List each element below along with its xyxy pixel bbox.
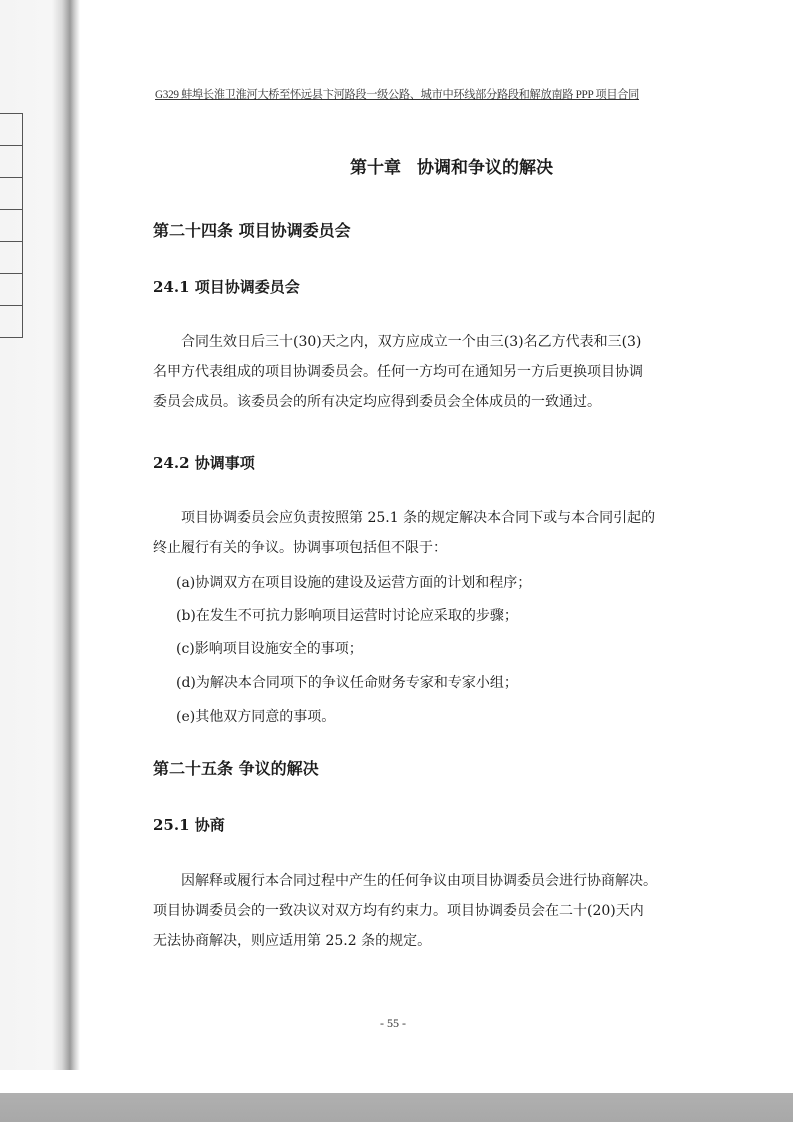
paragraph-line: 合同生效日后三十(30)天之内，双方应成立一个由三(3)名乙方代表和三(3) xyxy=(153,327,709,357)
margin-cell xyxy=(0,209,23,241)
list-item: (a)协调双方在项目设施的建设及运营方面的计划和程序； xyxy=(176,572,531,592)
paragraph-line: 无法协商解决，则应适用第 25.2 条的规定。 xyxy=(153,926,709,956)
section-25-1-heading: 25.1 协商 xyxy=(153,814,225,835)
margin-cell xyxy=(0,177,23,209)
margin-cell xyxy=(0,113,23,145)
section-25-1-paragraph: 因解释或履行本合同过程中产生的任何争议由项目协调委员会进行协商解决。 项目协调委… xyxy=(153,866,709,956)
article-25-heading: 第二十五条 争议的解决 xyxy=(153,756,319,779)
section-24-1-heading: 24.1 项目协调委员会 xyxy=(153,276,300,297)
paragraph-line: 项目协调委员会应负责按照第 25.1 条的规定解决本合同下或与本合同引起的 xyxy=(153,503,709,533)
running-header: G329 蚌埠长淮卫淮河大桥至怀远县卞河路段一级公路、城市中环线部分路段和解放南… xyxy=(155,86,667,102)
paragraph-line: 因解释或履行本合同过程中产生的任何争议由项目协调委员会进行协商解决。 xyxy=(153,866,709,896)
chapter-number: 第十章 xyxy=(350,158,401,178)
paragraph-line: 名甲方代表组成的项目协调委员会。任何一方均可在通知另一方后更换项目协调 xyxy=(153,357,709,387)
paragraph-line: 委员会成员。该委员会的所有决定均应得到委员会全体成员的一致通过。 xyxy=(153,387,709,417)
section-24-2-paragraph: 项目协调委员会应负责按照第 25.1 条的规定解决本合同下或与本合同引起的 终止… xyxy=(153,503,709,563)
margin-table xyxy=(0,113,23,338)
margin-cell xyxy=(0,273,23,305)
paragraph-line: 终止履行有关的争议。协调事项包括但不限于： xyxy=(153,533,709,563)
margin-cell xyxy=(0,241,23,273)
margin-cell xyxy=(0,305,23,338)
article-24-heading: 第二十四条 项目协调委员会 xyxy=(153,218,351,241)
page-number: - 55 - xyxy=(380,1016,406,1031)
list-item: (e)其他双方同意的事项。 xyxy=(176,706,335,726)
paragraph-line: 项目协调委员会的一致决议对双方均有约束力。项目协调委员会在二十(20)天内 xyxy=(153,896,709,926)
scan-bottom-edge xyxy=(0,1093,793,1122)
list-item: (b)在发生不可抗力影响项目运营时讨论应采取的步骤； xyxy=(176,605,518,625)
chapter-name: 协调和争议的解决 xyxy=(417,158,553,178)
list-item: (c)影响项目设施安全的事项； xyxy=(176,638,363,658)
list-item: (d)为解决本合同项下的争议任命财务专家和专家小组； xyxy=(176,672,518,692)
chapter-title: 第十章协调和争议的解决 xyxy=(0,153,793,178)
section-24-2-heading: 24.2 协调事项 xyxy=(153,452,255,473)
section-24-1-paragraph: 合同生效日后三十(30)天之内，双方应成立一个由三(3)名乙方代表和三(3) 名… xyxy=(153,327,709,417)
